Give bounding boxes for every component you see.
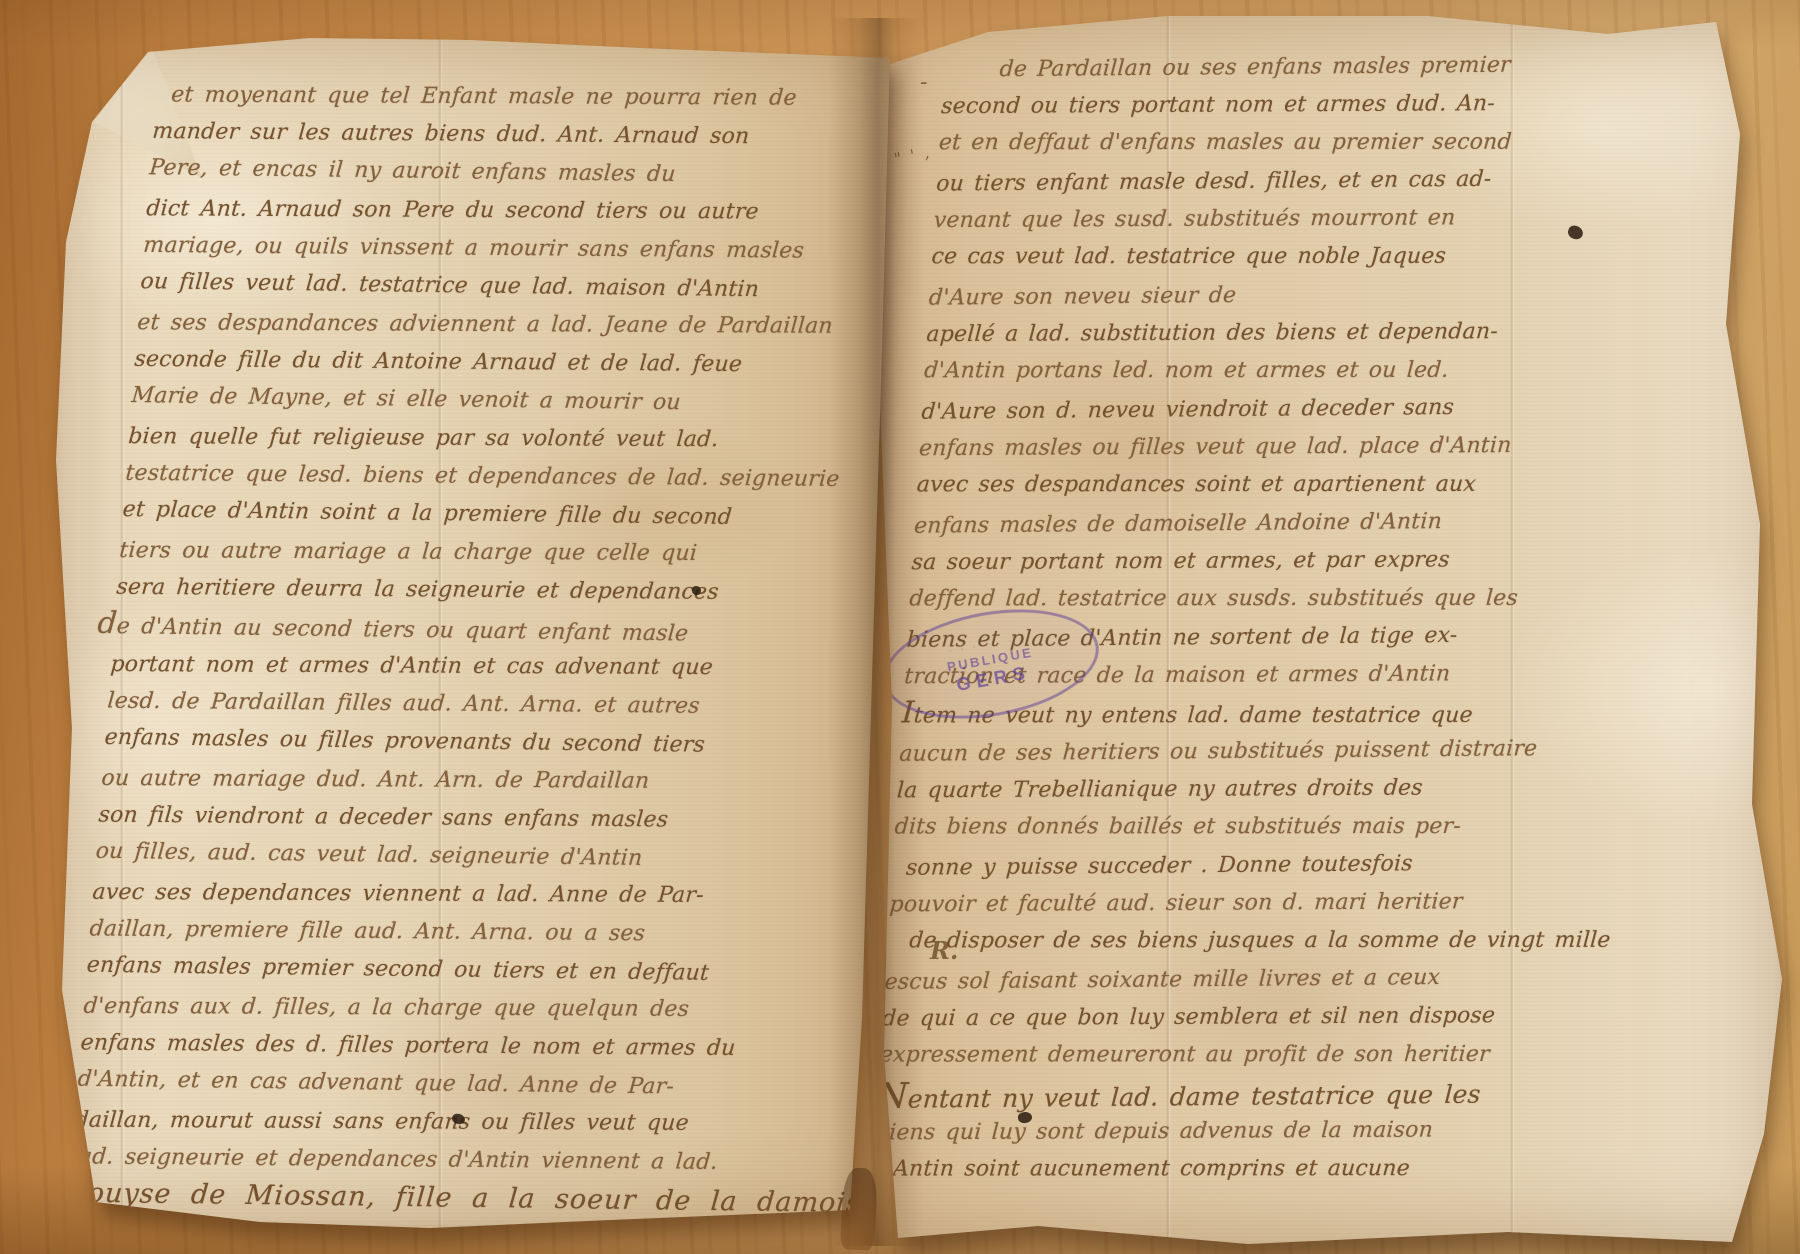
- manuscript-line: venant que les susd. substitués mourront…: [933, 198, 1797, 241]
- manuscript-line: d'Aure son neveu sieur de Soit: [928, 272, 1793, 318]
- manuscript-line: sa soeur portant nom et armes, et par ex…: [910, 540, 1774, 583]
- manuscript-line: et moyenant que tel Enfant masle ne pour…: [170, 76, 937, 118]
- manuscript-line: aucun de ses heritiers ou substitués pui…: [898, 728, 1763, 774]
- margin-dash-mark: -: [920, 70, 927, 95]
- ink-blot: [692, 586, 701, 595]
- manuscript-line: ou autre mariage dud. Ant. Arn. de Parda…: [100, 760, 883, 802]
- right-page-paper: de Pardaillan ou ses enfans masles premi…: [868, 4, 1786, 1250]
- manuscript-line: dict Ant. Arnaud son Pere du second tier…: [145, 190, 928, 232]
- margin-quote-marks: " ' ,: [892, 142, 932, 168]
- manuscript-line: d'Antin portans led. nom et armes et ou …: [923, 352, 1787, 391]
- margin-initial-mark: R.: [930, 936, 958, 965]
- manuscript-line: biens qui luy sont depuis advenus de la …: [874, 1110, 1738, 1153]
- manuscript-line: de Pardaillan ou ses enfans masles premi…: [998, 44, 1800, 89]
- manuscript-line: d'Aure son d. neveu viendroit a deceder …: [920, 386, 1785, 432]
- manuscript-line: daillan, mourut aussi sans enfans ou fil…: [73, 1102, 856, 1144]
- manuscript-line: apellé a lad. substitution des biens et …: [925, 312, 1789, 355]
- manuscript-line: et en deffaut d'enfans masles au premier…: [938, 123, 1800, 162]
- manuscript-line: de disposer de ses biens jusques a la so…: [908, 922, 1750, 961]
- manuscript-line: avec ses despandances soint et apartiene…: [915, 466, 1779, 505]
- manuscript-line: pouvoir et faculté aud. sieur son d. mar…: [888, 882, 1752, 925]
- manuscript-line: portant nom et armes d'Antin et cas adve…: [109, 646, 892, 688]
- left-page-text: et moyenant que tel Enfant masle ne pour…: [67, 75, 937, 1221]
- manuscript-line: tiers ou autre mariage a la charge que c…: [118, 532, 901, 574]
- manuscript-line: second ou tiers portant nom et armes dud…: [940, 84, 1800, 127]
- manuscript-line: sonne y puisse succeder . Donne toutesfo…: [905, 842, 1756, 887]
- manuscript-line: enfans masles ou filles veut que lad. pl…: [918, 426, 1782, 469]
- left-page-paper: et moyenant que tel Enfant masle ne pour…: [50, 28, 890, 1230]
- manuscript-line: la quarte Trebellianique ny autres droit…: [896, 768, 1760, 811]
- manuscript-line: expressement demeureront au profit de so…: [879, 1036, 1743, 1075]
- manuscript-line: bien quelle fut religieuse par sa volont…: [127, 418, 910, 460]
- manuscript-line: escus sol faisant soixante mille livres …: [883, 956, 1748, 1002]
- manuscript-line: dits biens donnés baillés et substitués …: [893, 808, 1757, 847]
- manuscript-line: enfans masles de damoiselle Andoine d'An…: [913, 500, 1778, 546]
- manuscript-line: ce cas veut lad. testatrice que noble Ja…: [930, 237, 1794, 276]
- manuscript-line: ou tiers enfant masle desd. filles, et e…: [935, 158, 1800, 204]
- photo-of-manuscript-on-table: de Pardaillan ou ses enfans masles premi…: [0, 0, 1800, 1254]
- manuscript-line: d'enfans aux d. filles, a la charge que …: [82, 988, 865, 1030]
- manuscript-line: de qui a ce que bon luy semblera et sil …: [881, 996, 1745, 1039]
- manuscript-line: et ses despandances adviennent a lad. Je…: [136, 304, 919, 346]
- manuscript-right-page: de Pardaillan ou ses enfans masles premi…: [868, 4, 1786, 1250]
- manuscript-line: d'Antin soint aucunement comprins et auc…: [871, 1150, 1735, 1189]
- manuscript-line: Nentant ny veut lad. dame testatrice que…: [876, 1070, 1741, 1116]
- manuscript-left-page: et moyenant que tel Enfant masle ne pour…: [50, 28, 890, 1230]
- manuscript-line: avec ses dependances viennent a lad. Ann…: [91, 874, 874, 916]
